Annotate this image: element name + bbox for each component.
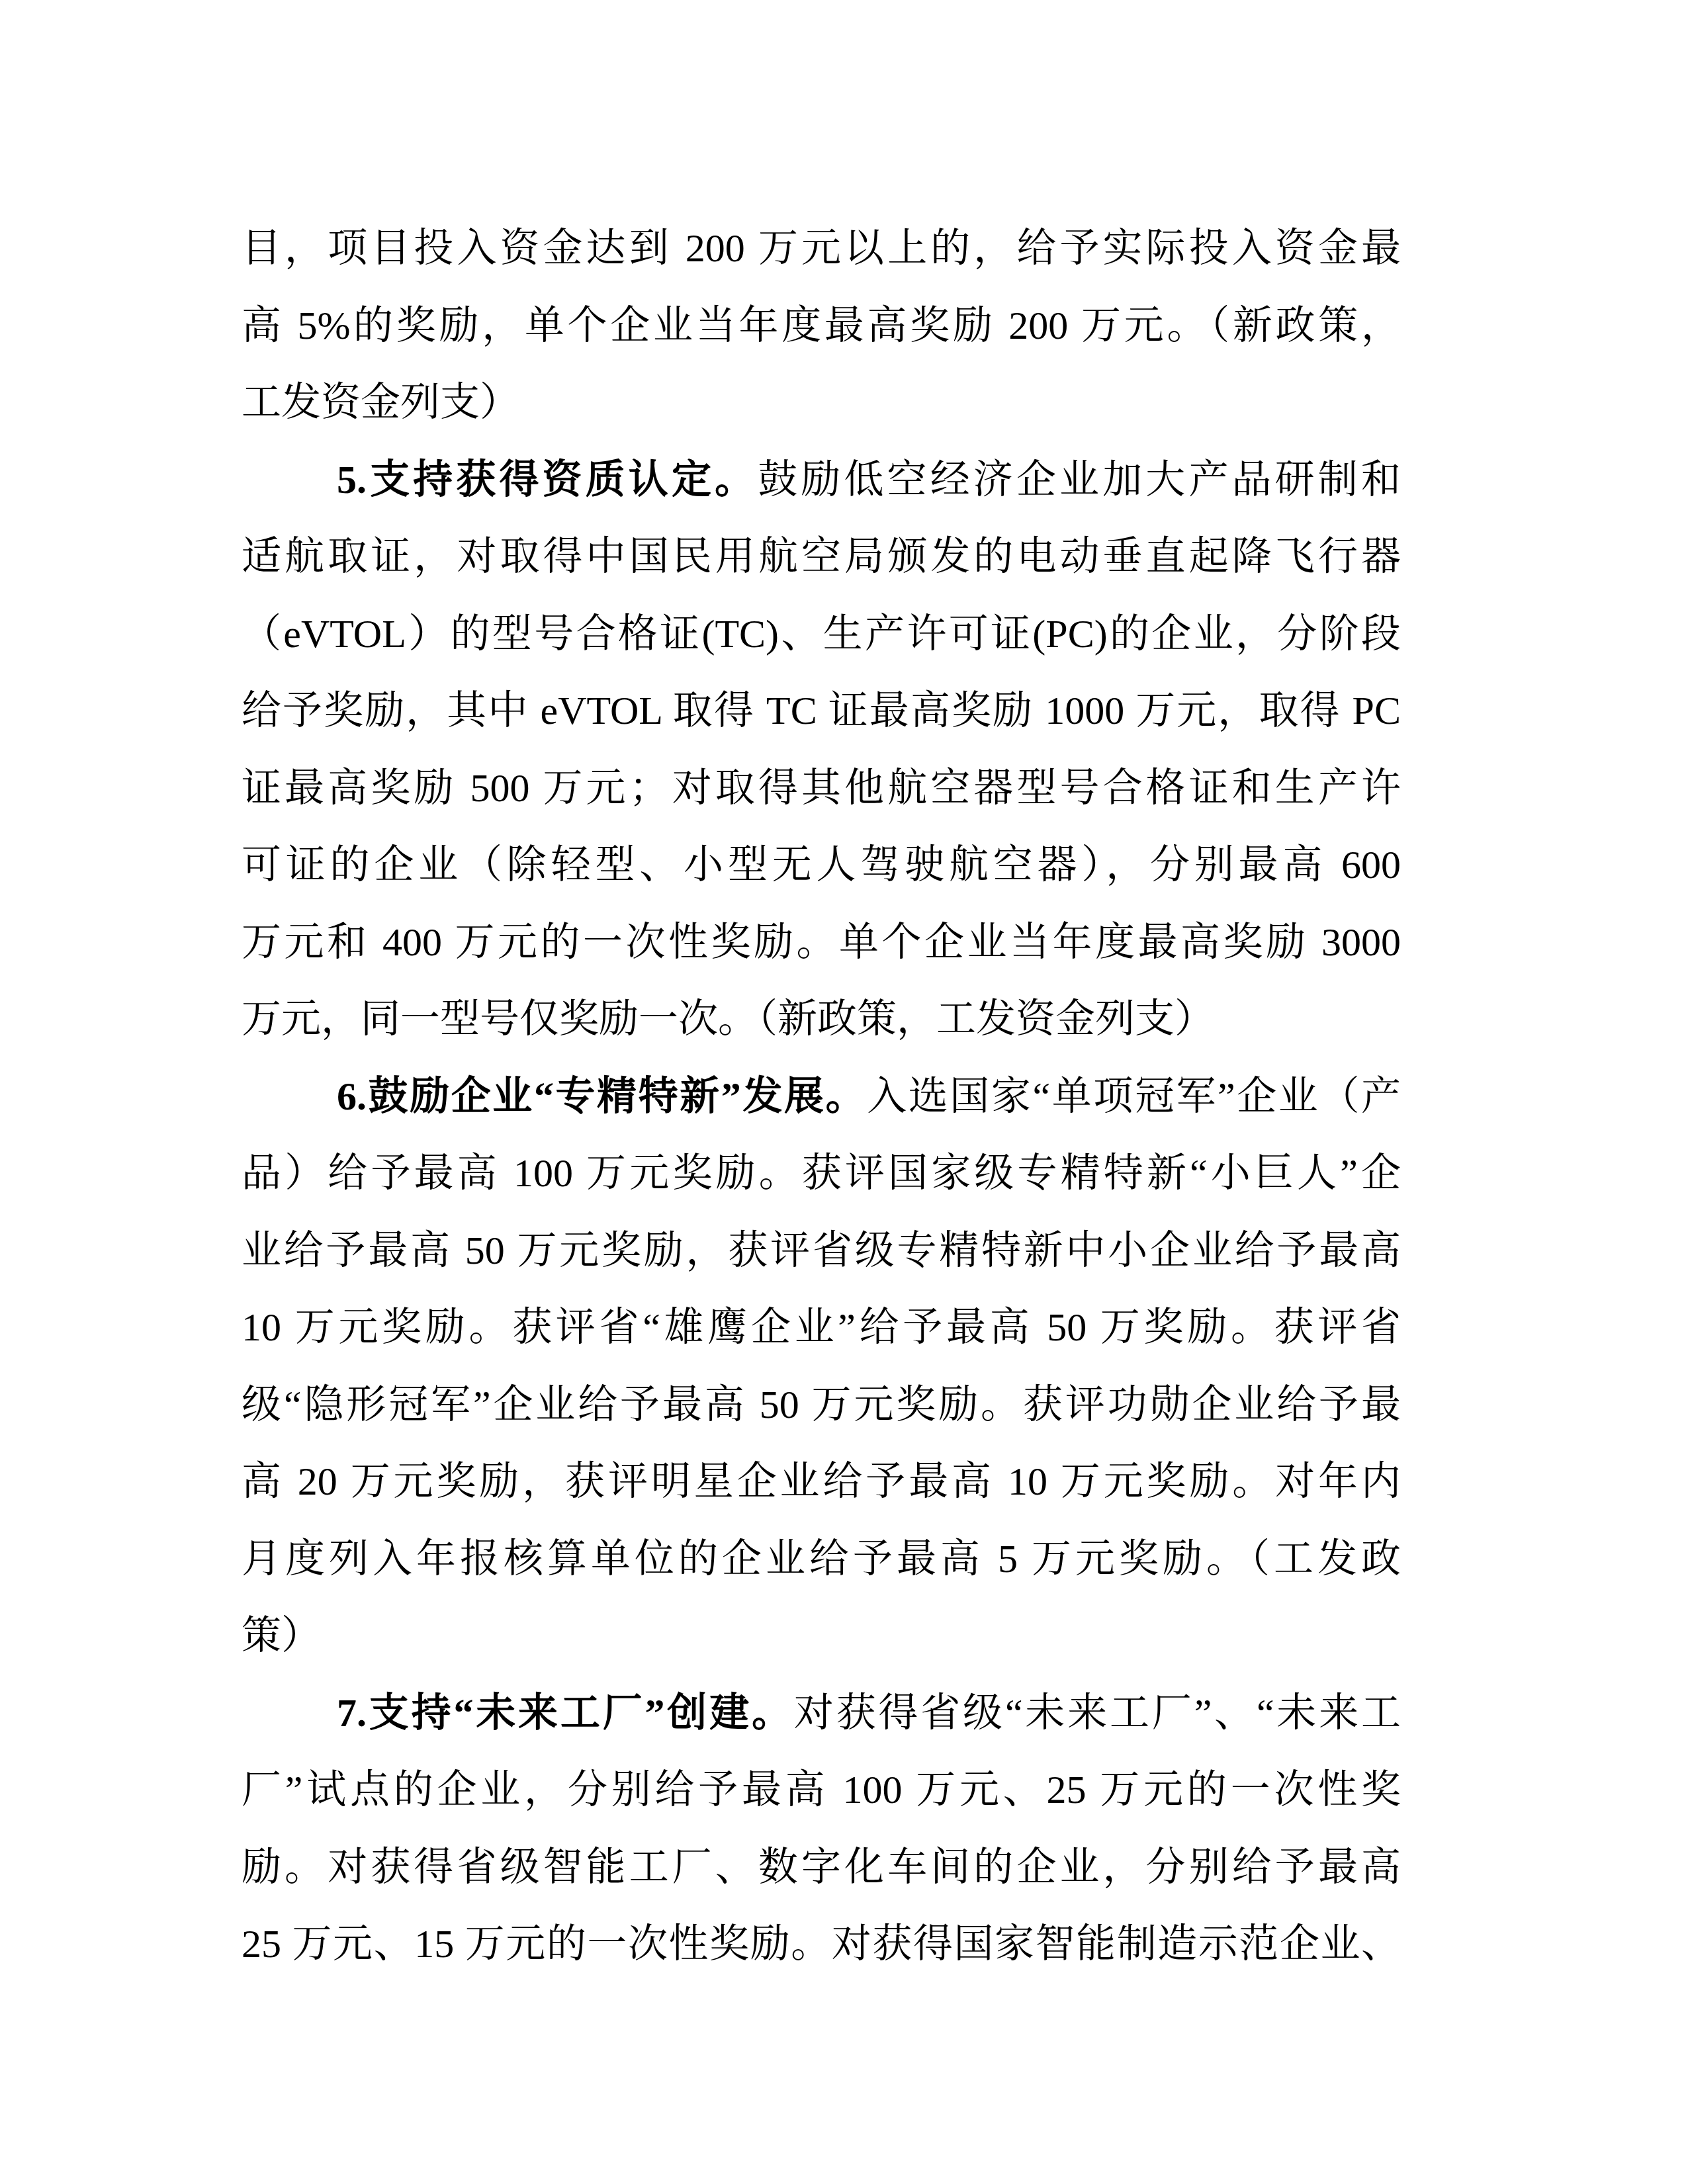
- text-line: 目，项目投入资金达到 200 万元以上的，给予实际投入资金最: [242, 210, 1401, 287]
- text-line: 给予奖励，其中 eVTOL 取得 TC 证最高奖励 1000 万元，取得 PC: [242, 672, 1401, 750]
- line-text: 入选国家“单项冠军”企业（产: [867, 1074, 1401, 1118]
- text-line: 级“隐形冠军”企业给予最高 50 万元奖励。获评功勋企业给予最: [242, 1366, 1401, 1444]
- paragraph-7-heading-line: 7.支持“未来工厂”创建。对获得省级“未来工厂”、“未来工: [242, 1675, 1401, 1752]
- text-line: 业给予最高 50 万元奖励，获评省级专精特新中小企业给予最高: [242, 1212, 1401, 1289]
- paragraph-6-heading: 6.鼓励企业“专精特新”发展。: [337, 1074, 867, 1118]
- document-text-block: 目，项目投入资金达到 200 万元以上的，给予实际投入资金最 高 5%的奖励，单…: [242, 210, 1401, 1983]
- text-line: 高 20 万元奖励，获评明星企业给予最高 10 万元奖励。对年内: [242, 1443, 1401, 1520]
- text-line-paragraph-end: 策）: [242, 1597, 1401, 1675]
- paragraph-7-heading: 7.支持“未来工厂”创建。: [337, 1691, 794, 1735]
- text-line: 25 万元、15 万元的一次性奖励。对获得国家智能制造示范企业、: [242, 1905, 1401, 1983]
- paragraph-5-heading: 5.支持获得资质认定。: [337, 458, 758, 502]
- paragraph-6-heading-line: 6.鼓励企业“专精特新”发展。入选国家“单项冠军”企业（产: [242, 1058, 1401, 1135]
- text-line: （eVTOL）的型号合格证(TC)、生产许可证(PC)的企业，分阶段: [242, 595, 1401, 673]
- text-line: 可证的企业（除轻型、小型无人驾驶航空器），分别最高 600: [242, 826, 1401, 904]
- document-page: 目，项目投入资金达到 200 万元以上的，给予实际投入资金最 高 5%的奖励，单…: [0, 0, 1688, 2184]
- text-line: 厂”试点的企业，分别给予最高 100 万元、25 万元的一次性奖: [242, 1751, 1401, 1829]
- text-line: 适航取证，对取得中国民用航空局颁发的电动垂直起降飞行器: [242, 518, 1401, 595]
- text-line: 证最高奖励 500 万元；对取得其他航空器型号合格证和生产许: [242, 750, 1401, 827]
- text-line-paragraph-end: 万元，同一型号仅奖励一次。（新政策，工发资金列支）: [242, 981, 1401, 1058]
- line-text: 鼓励低空经济企业加大产品研制和: [758, 458, 1401, 502]
- text-line-paragraph-end: 工发资金列支）: [242, 364, 1401, 441]
- text-line: 万元和 400 万元的一次性奖励。单个企业当年度最高奖励 3000: [242, 904, 1401, 981]
- text-line: 月度列入年报核算单位的企业给予最高 5 万元奖励。（工发政: [242, 1520, 1401, 1598]
- text-line: 励。对获得省级智能工厂、数字化车间的企业，分别给予最高: [242, 1829, 1401, 1906]
- text-line: 10 万元奖励。获评省“雄鹰企业”给予最高 50 万奖励。获评省: [242, 1289, 1401, 1366]
- text-line: 高 5%的奖励，单个企业当年度最高奖励 200 万元。（新政策，: [242, 287, 1401, 365]
- text-line: 品）给予最高 100 万元奖励。获评国家级专精特新“小巨人”企: [242, 1135, 1401, 1212]
- paragraph-5-heading-line: 5.支持获得资质认定。鼓励低空经济企业加大产品研制和: [242, 441, 1401, 519]
- line-text: 对获得省级“未来工厂”、“未来工: [794, 1691, 1401, 1735]
